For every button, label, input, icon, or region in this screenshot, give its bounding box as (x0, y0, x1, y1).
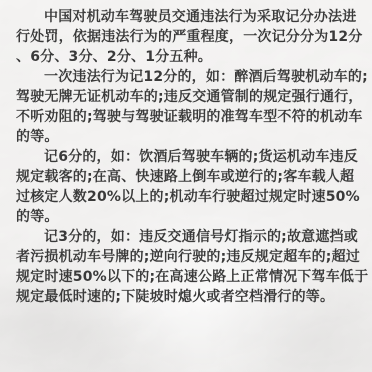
paragraph-intro: 中国对机动车驾驶员交通违法行为采取记分办法进 行处罚，依据违法行为的严重程度，一… (16, 7, 360, 67)
text-line: 过核定人数20%以上的;机动车行驶超过规定时速50% (16, 187, 360, 207)
text-line: 一次违法行为记12分的，如：醉酒后驾驶机动车的; (16, 67, 360, 87)
text-line: 的等。 (16, 207, 360, 227)
text-line: 规定载客的;在高、快速路上倒车或逆行的;客车载人超 (16, 167, 360, 187)
text-line: 记3分的，如：违反交通信号灯指示的;故意遮挡或 (16, 227, 360, 247)
text-line: 、6分、3分、2分、1分五种。 (16, 47, 360, 67)
text-line: 不听劝阻的;驾驶与驾驶证载明的准驾车型不符的机动车 (16, 107, 360, 127)
text-line: 的等。 (16, 127, 360, 147)
text-line: 者污损机动车号牌的;逆向行驶的;违反规定超车的;超过 (16, 247, 360, 267)
document-text: 中国对机动车驾驶员交通违法行为采取记分办法进 行处罚，依据违法行为的严重程度，一… (0, 0, 372, 307)
paragraph-6-points: 记6分的，如：饮酒后驾驶车辆的;货运机动车违反 规定载客的;在高、快速路上倒车或… (16, 147, 360, 227)
crumpled-paper-background: 中国对机动车驾驶员交通违法行为采取记分办法进 行处罚，依据违法行为的严重程度，一… (0, 0, 372, 372)
paragraph-3-points: 记3分的，如：违反交通信号灯指示的;故意遮挡或 者污损机动车号牌的;逆向行驶的;… (16, 227, 360, 307)
text-line: 行处罚，依据违法行为的严重程度，一次记分分为12分 (16, 27, 360, 47)
text-line: 记6分的，如：饮酒后驾驶车辆的;货运机动车违反 (16, 147, 360, 167)
text-line: 驾驶无牌无证机动车的;违反交通管制的规定强行通行， (16, 87, 360, 107)
text-line: 规定时速50%以下的;在高速公路上正常情况下驾车低于 (16, 267, 360, 287)
text-line: 中国对机动车驾驶员交通违法行为采取记分办法进 (16, 7, 360, 27)
text-line: 规定最低时速的;下陡坡时熄火或者空档滑行的等。 (16, 287, 360, 307)
paragraph-12-points: 一次违法行为记12分的，如：醉酒后驾驶机动车的; 驾驶无牌无证机动车的;违反交通… (16, 67, 360, 147)
